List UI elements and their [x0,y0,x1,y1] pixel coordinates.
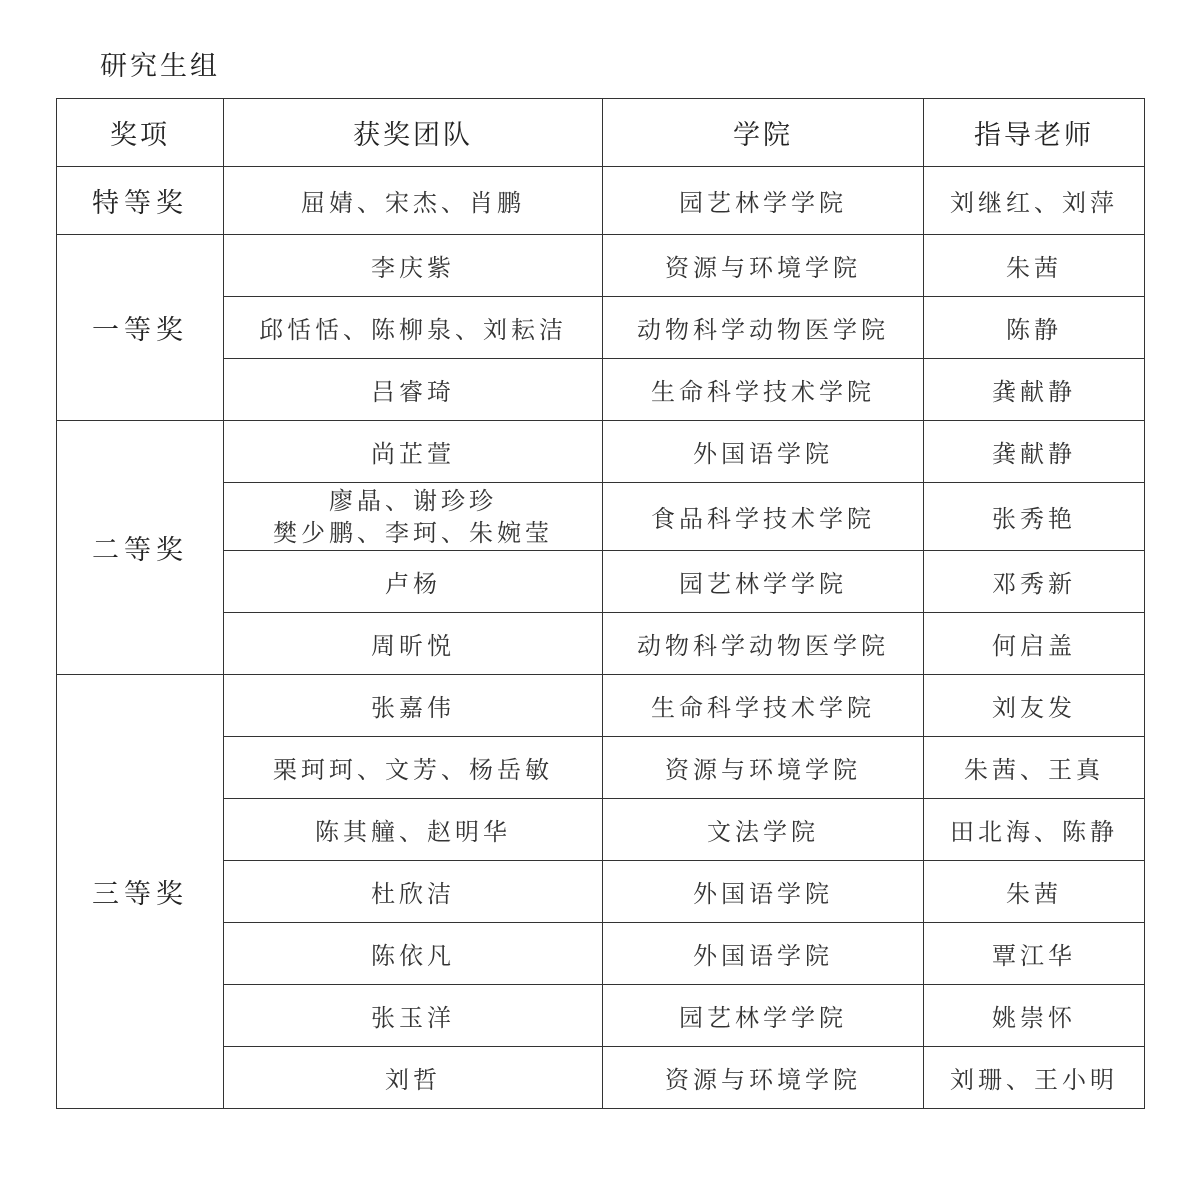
team-cell: 邱恬恬、陈柳泉、刘耘洁 [224,297,603,359]
awards-table: 奖项 获奖团队 学院 指导老师 特等奖 屈婧、宋杰、肖鹏 园艺林学学院 刘继红、… [56,98,1145,1109]
advisor-cell: 田北海、陈静 [924,799,1145,861]
advisor-cell: 刘继红、刘萍 [924,167,1145,235]
award-cell: 三等奖 [57,675,224,1109]
award-cell: 特等奖 [57,167,224,235]
team-cell: 周昕悦 [224,613,603,675]
college-cell: 园艺林学学院 [603,551,924,613]
team-cell: 廖晶、谢珍珍 樊少鹏、李珂、朱婉莹 [224,483,603,551]
table-row: 特等奖 屈婧、宋杰、肖鹏 园艺林学学院 刘继红、刘萍 [57,167,1145,235]
college-cell: 资源与环境学院 [603,1047,924,1109]
advisor-cell: 陈静 [924,297,1145,359]
table-row: 一等奖 李庆紫 资源与环境学院 朱茜 [57,235,1145,297]
table-header-row: 奖项 获奖团队 学院 指导老师 [57,99,1145,167]
team-line: 廖晶、谢珍珍 [224,485,602,517]
advisor-cell: 龚献静 [924,421,1145,483]
college-cell: 生命科学技术学院 [603,359,924,421]
college-cell: 生命科学技术学院 [603,675,924,737]
team-cell: 李庆紫 [224,235,603,297]
college-cell: 外国语学院 [603,421,924,483]
advisor-cell: 刘友发 [924,675,1145,737]
advisor-cell: 朱茜 [924,235,1145,297]
advisor-cell: 朱茜、王真 [924,737,1145,799]
team-line: 樊少鹏、李珂、朱婉莹 [224,517,602,549]
college-cell: 外国语学院 [603,923,924,985]
team-cell: 陈依凡 [224,923,603,985]
advisor-cell: 张秀艳 [924,483,1145,551]
header-advisor: 指导老师 [924,99,1145,167]
team-cell: 栗珂珂、文芳、杨岳敏 [224,737,603,799]
table-row: 二等奖 尚芷萱 外国语学院 龚献静 [57,421,1145,483]
table-row: 三等奖 张嘉伟 生命科学技术学院 刘友发 [57,675,1145,737]
college-cell: 外国语学院 [603,861,924,923]
advisor-cell: 刘珊、王小明 [924,1047,1145,1109]
college-cell: 资源与环境学院 [603,235,924,297]
award-cell: 一等奖 [57,235,224,421]
advisor-cell: 邓秀新 [924,551,1145,613]
team-cell: 张玉洋 [224,985,603,1047]
team-cell: 吕睿琦 [224,359,603,421]
team-cell: 杜欣洁 [224,861,603,923]
header-award: 奖项 [57,99,224,167]
college-cell: 资源与环境学院 [603,737,924,799]
team-cell: 刘哲 [224,1047,603,1109]
team-cell: 张嘉伟 [224,675,603,737]
advisor-cell: 龚献静 [924,359,1145,421]
college-cell: 园艺林学学院 [603,167,924,235]
header-college: 学院 [603,99,924,167]
advisor-cell: 姚崇怀 [924,985,1145,1047]
college-cell: 文法学院 [603,799,924,861]
header-team: 获奖团队 [224,99,603,167]
team-cell: 卢杨 [224,551,603,613]
team-cell: 尚芷萱 [224,421,603,483]
college-cell: 食品科学技术学院 [603,483,924,551]
team-cell: 屈婧、宋杰、肖鹏 [224,167,603,235]
advisor-cell: 覃江华 [924,923,1145,985]
college-cell: 园艺林学学院 [603,985,924,1047]
team-cell: 陈其艟、赵明华 [224,799,603,861]
advisor-cell: 朱茜 [924,861,1145,923]
advisor-cell: 何启盖 [924,613,1145,675]
section-title: 研究生组 [100,44,220,83]
award-cell: 二等奖 [57,421,224,675]
college-cell: 动物科学动物医学院 [603,613,924,675]
college-cell: 动物科学动物医学院 [603,297,924,359]
